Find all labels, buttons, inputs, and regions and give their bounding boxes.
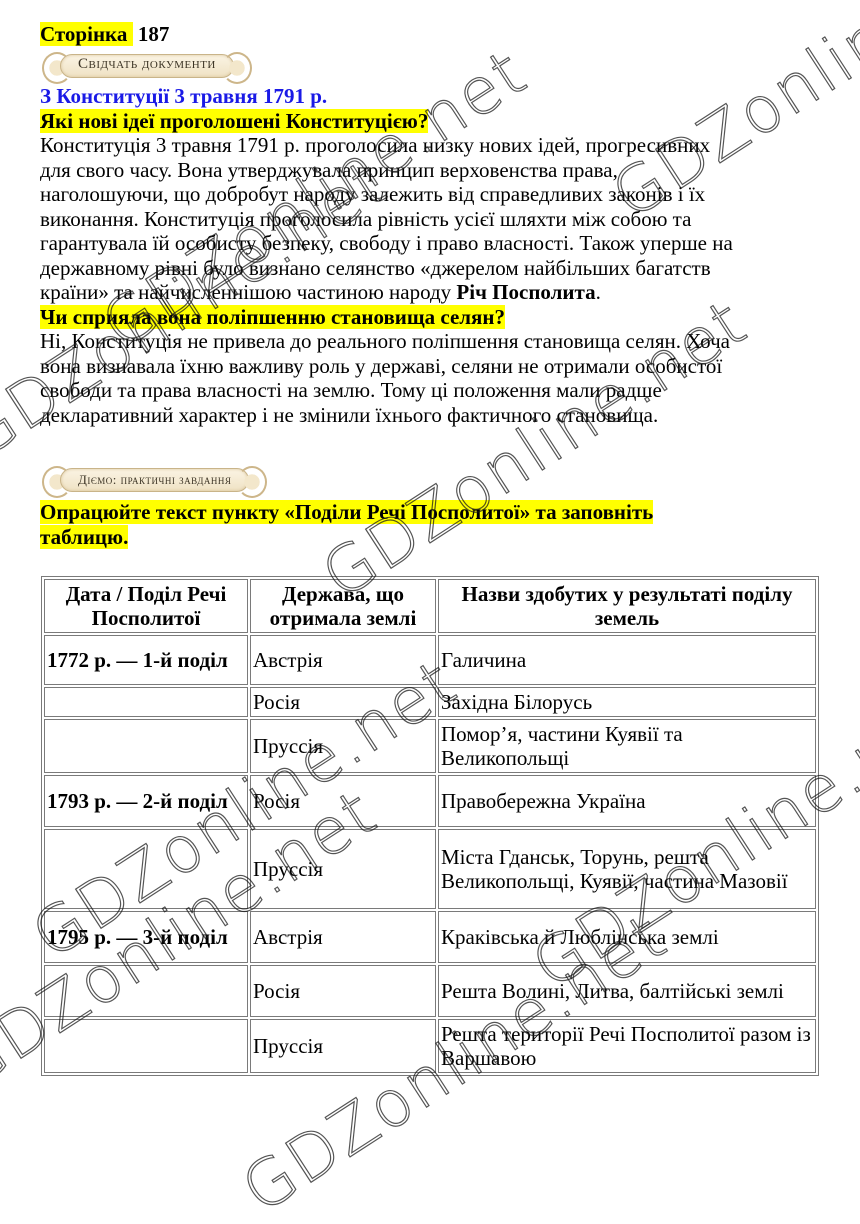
cell-lands: Решта території Речі Посполитої разом із… xyxy=(438,1019,816,1073)
header-lands: Назви здобутих у результаті поділу земел… xyxy=(438,579,816,633)
answer-1-line: країни» та найчисленнішою частиною народ… xyxy=(40,280,830,305)
cell-state: Австрія xyxy=(250,911,436,963)
question-1: Які нові ідеї проголошені Конституцією? xyxy=(40,109,428,133)
cell-partition xyxy=(44,719,248,773)
question-2: Чи сприяла вона поліпшенню становища сел… xyxy=(40,305,505,329)
table-header-row: Дата / Поділ Речі Посполитої Держава, що… xyxy=(44,579,816,633)
cell-state: Росія xyxy=(250,965,436,1017)
cell-partition xyxy=(44,829,248,909)
cell-state: Пруссія xyxy=(250,719,436,773)
cell-partition xyxy=(44,687,248,717)
table-row: РосіяРешта Волині, Литва, балтійські зем… xyxy=(44,965,816,1017)
answer-1-emphasis: Річ Посполита xyxy=(456,280,595,304)
documents-banner-label: Свідчать документи xyxy=(42,50,252,73)
table-row: ПруссіяПомор’я, частини Куявії та Велико… xyxy=(44,719,816,773)
answer-2: Ні, Конституція не привела до реального … xyxy=(40,329,830,427)
table-row: 1772 р. — 1-й поділАвстріяГаличина xyxy=(44,635,816,685)
cell-lands: Краківська й Люблінська землі xyxy=(438,911,816,963)
cell-lands: Помор’я, частини Куявії та Великопольщі xyxy=(438,719,816,773)
answer-2-line: свободи та права власності на землю. Том… xyxy=(40,378,830,403)
cell-state: Росія xyxy=(250,775,436,827)
page-heading: Сторінка 187 xyxy=(40,22,830,46)
answer-1-line: виконання. Конституція проголосила рівні… xyxy=(40,207,830,232)
cell-state: Росія xyxy=(250,687,436,717)
table-row: ПруссіяРешта території Речі Посполитої р… xyxy=(44,1019,816,1073)
cell-lands: Галичина xyxy=(438,635,816,685)
cell-partition xyxy=(44,965,248,1017)
answer-2-line: декларативний характер і не змінили їхнь… xyxy=(40,403,830,428)
partitions-table: Дата / Поділ Речі Посполитої Держава, що… xyxy=(41,576,819,1076)
practice-banner-label: Діємо: практичні завдання xyxy=(42,464,267,488)
table-row: 1795 р. — 3-й поділАвстріяКраківська й Л… xyxy=(44,911,816,963)
source-title: З Конституції 3 травня 1791 р. xyxy=(40,84,830,109)
answer-1-line: наголошуючи, що добробут народу залежить… xyxy=(40,182,830,207)
answer-1-line: гарантувала їй особисту безпеку, свободу… xyxy=(40,231,830,256)
header-partition: Дата / Поділ Речі Посполитої xyxy=(44,579,248,633)
cell-lands: Решта Волині, Литва, балтійські землі xyxy=(438,965,816,1017)
header-state: Держава, що отримала землі xyxy=(250,579,436,633)
cell-partition: 1793 р. — 2-й поділ xyxy=(44,775,248,827)
table-row: 1793 р. — 2-й поділРосіяПравобережна Укр… xyxy=(44,775,816,827)
answer-2-line: вона визнавала їхню важливу роль у держа… xyxy=(40,354,830,379)
answer-1-line: для свого часу. Вона утверджувала принци… xyxy=(40,158,830,183)
task-line-1: Опрацюйте текст пункту «Поділи Речі Посп… xyxy=(40,500,653,524)
table-row: РосіяЗахідна Білорусь xyxy=(44,687,816,717)
answer-1-line: Конституція 3 травня 1791 р. проголосила… xyxy=(40,133,830,158)
document-page: Сторінка 187 Свідчать документи З Консти… xyxy=(40,22,830,549)
practice-banner: Діємо: практичні завдання xyxy=(42,464,267,496)
cell-state: Австрія xyxy=(250,635,436,685)
cell-state: Пруссія xyxy=(250,1019,436,1073)
cell-lands: Західна Білорусь xyxy=(438,687,816,717)
cell-partition xyxy=(44,1019,248,1073)
page-label: Сторінка xyxy=(40,22,127,46)
answer-2-line: Ні, Конституція не привела до реального … xyxy=(40,329,830,354)
answer-1-line: державному рівні було визнано селянство … xyxy=(40,256,830,281)
cell-state: Пруссія xyxy=(250,829,436,909)
task-line-2: таблицю. xyxy=(40,525,128,549)
table-row: ПруссіяМіста Гданськ, Торунь, решта Вели… xyxy=(44,829,816,909)
cell-partition: 1772 р. — 1-й поділ xyxy=(44,635,248,685)
answer-1: Конституція 3 травня 1791 р. проголосила… xyxy=(40,133,830,305)
cell-lands: Міста Гданськ, Торунь, решта Великопольщ… xyxy=(438,829,816,909)
cell-lands: Правобережна Україна xyxy=(438,775,816,827)
cell-partition: 1795 р. — 3-й поділ xyxy=(44,911,248,963)
documents-banner: Свідчать документи xyxy=(42,50,252,82)
page-number: 187 xyxy=(138,22,170,46)
